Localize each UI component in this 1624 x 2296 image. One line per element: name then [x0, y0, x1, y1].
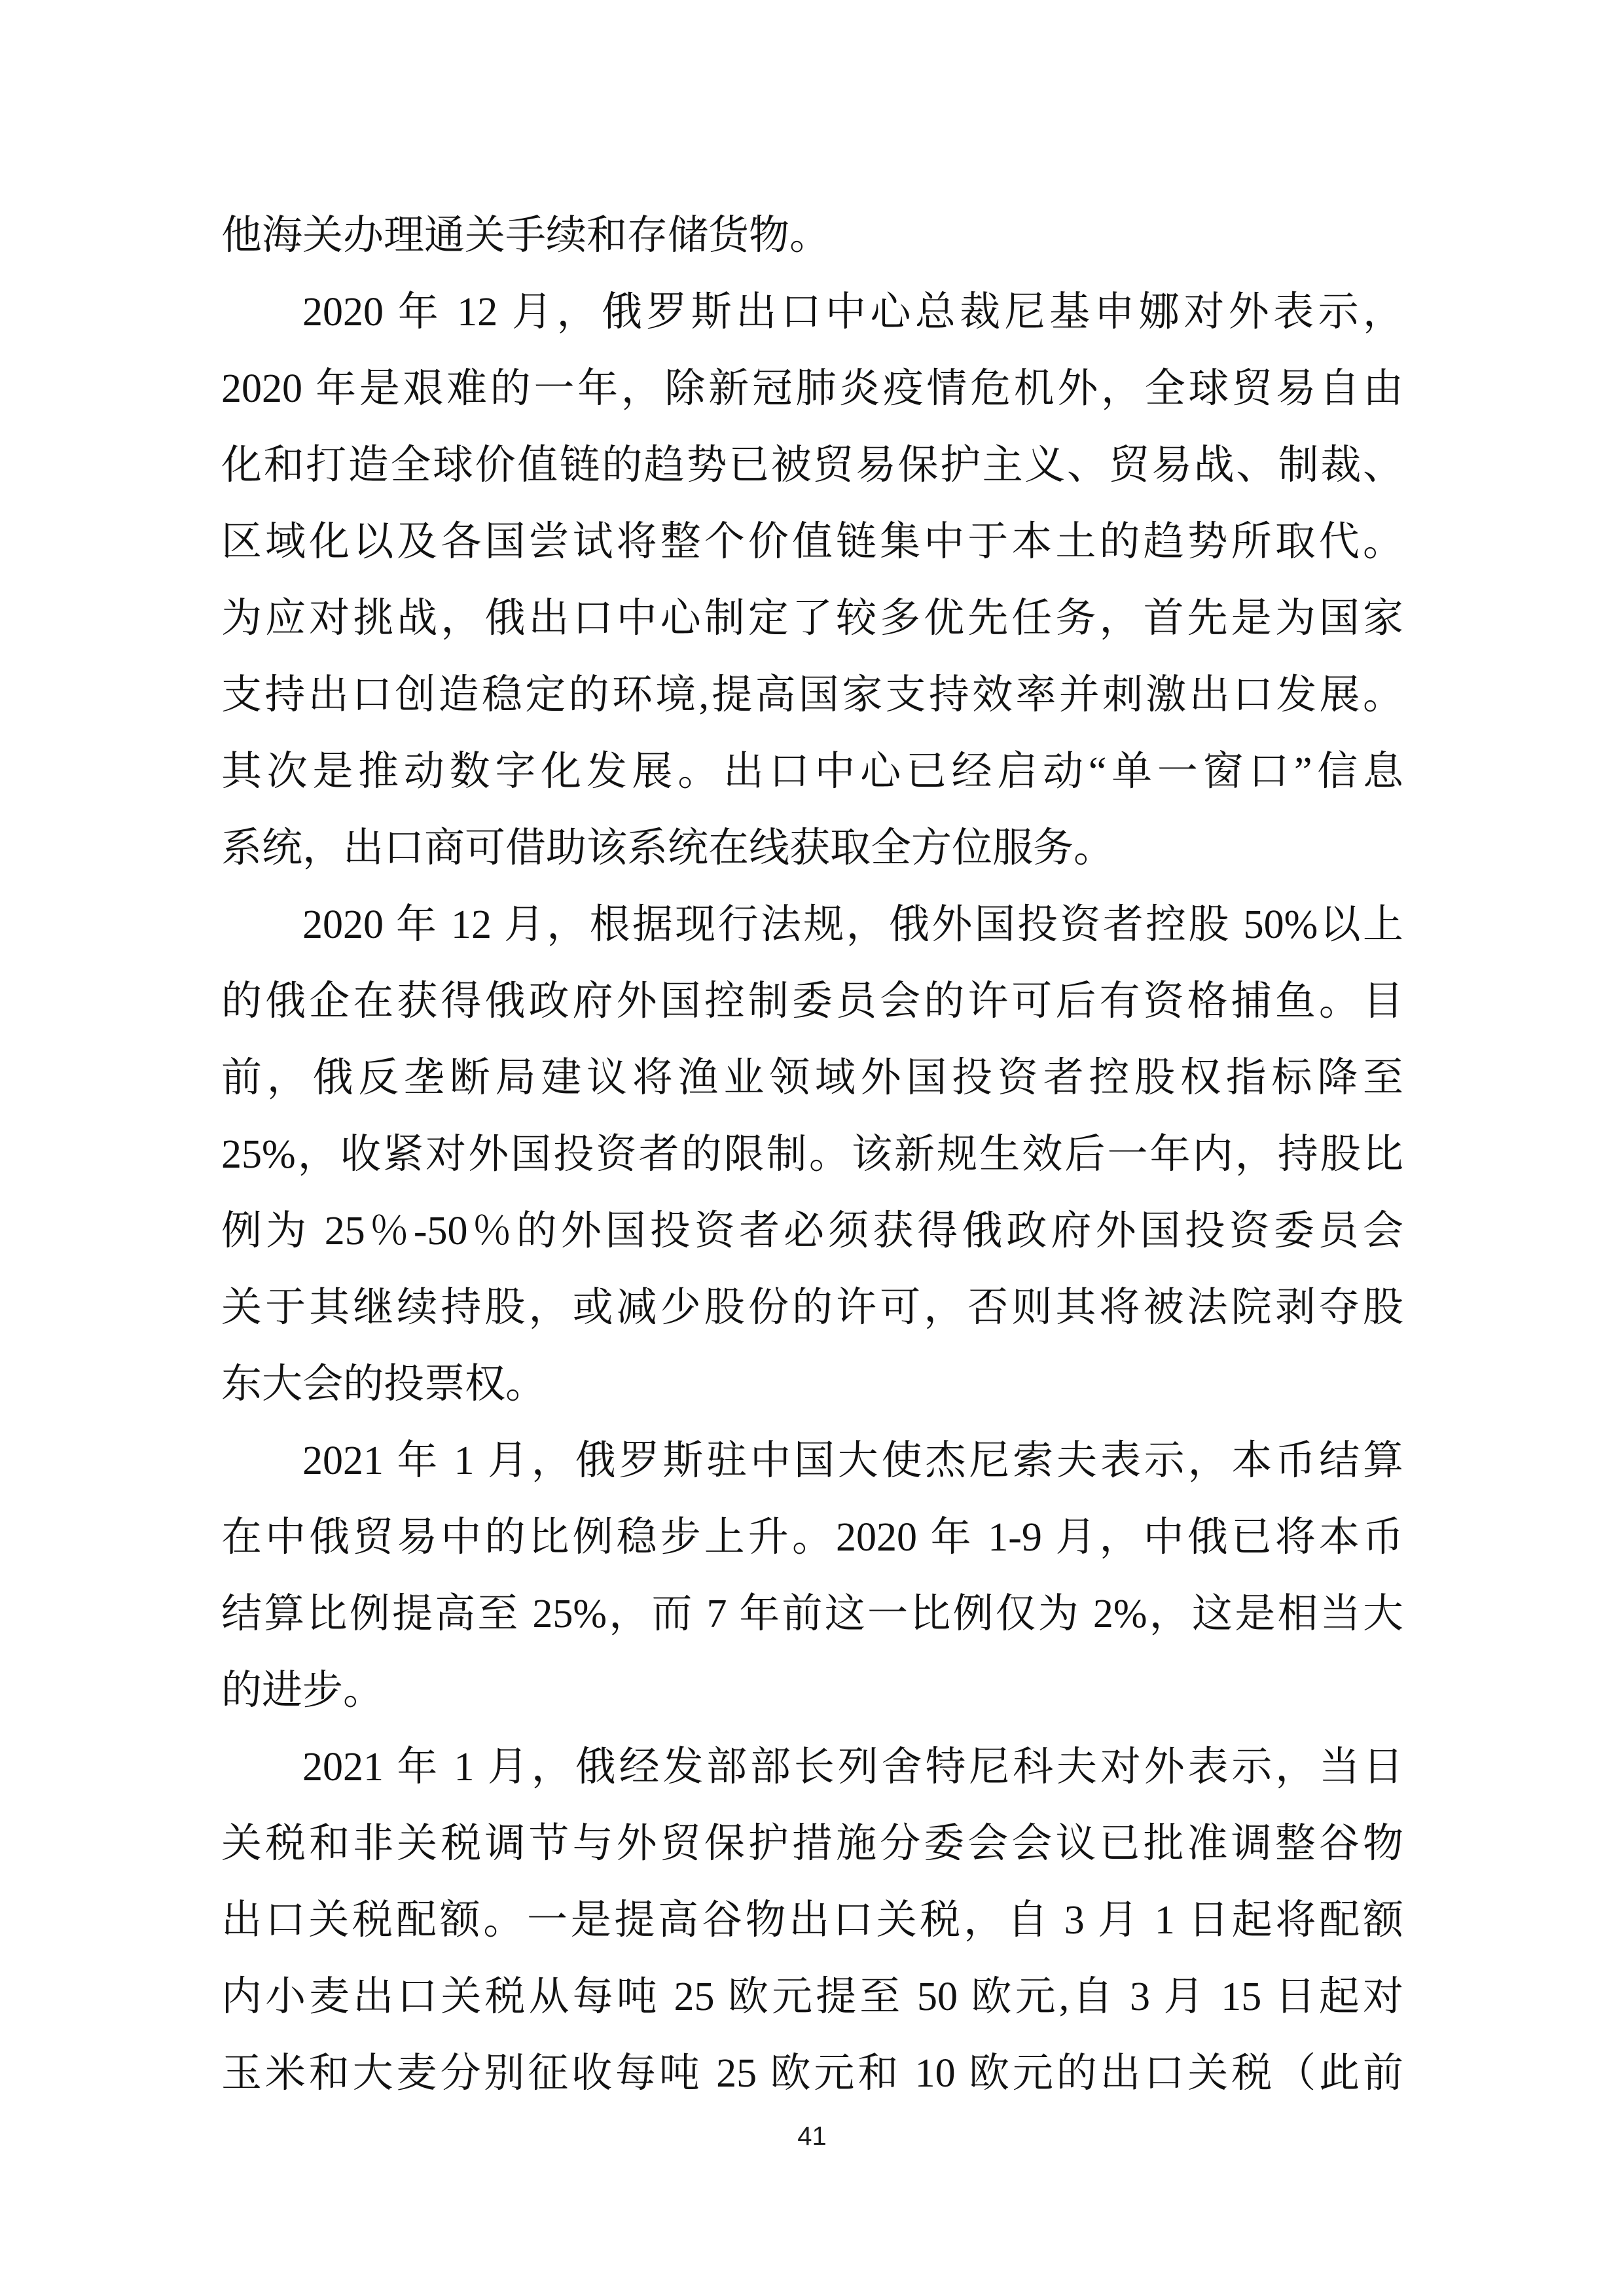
text-line: 关于其继续持股，或减少股份的许可，否则其将被法院剥夺股 — [221, 1270, 1403, 1346]
text-line: 前，俄反垄断局建议将渔业领域外国投资者控股权指标降至 — [221, 1040, 1403, 1117]
text-line: 区域化以及各国尝试将整个价值链集中于本土的趋势所取代。 — [221, 504, 1403, 581]
text-line: 化和打造全球价值链的趋势已被贸易保护主义、贸易战、制裁、 — [221, 427, 1403, 504]
text-line: 的进步。 — [221, 1653, 1403, 1729]
text-line: 2020 年 12 月，根据现行法规，俄外国投资者控股 50%以上 — [221, 887, 1403, 963]
text-line: 为应对挑战，俄出口中心制定了较多优先任务，首先是为国家 — [221, 581, 1403, 657]
text-line: 2021 年 1 月，俄罗斯驻中国大使杰尼索夫表示，本币结算 — [221, 1423, 1403, 1499]
text-line: 关税和非关税调节与外贸保护措施分委会会议已批准调整谷物 — [221, 1806, 1403, 1882]
text-line: 2021 年 1 月，俄经发部部长列舍特尼科夫对外表示，当日 — [221, 1729, 1403, 1806]
text-line: 东大会的投票权。 — [221, 1346, 1403, 1423]
text-line: 例为 25％-50％的外国投资者必须获得俄政府外国投资委员会 — [221, 1193, 1403, 1270]
text-line: 系统，出口商可借助该系统在线获取全方位服务。 — [221, 810, 1403, 887]
text-line: 2020 年 12 月，俄罗斯出口中心总裁尼基申娜对外表示， — [221, 274, 1403, 351]
text-line: 25%，收紧对外国投资者的限制。该新规生效后一年内，持股比 — [221, 1117, 1403, 1193]
text-line: 玉米和大麦分别征收每吨 25 欧元和 10 欧元的出口关税（此前 — [221, 2036, 1403, 2112]
text-line: 他海关办理通关手续和存储货物。 — [221, 198, 1403, 274]
text-line: 支持出口创造稳定的环境,提高国家支持效率并刺激出口发展。 — [221, 657, 1403, 734]
page-footer: 41 — [0, 2122, 1624, 2151]
text-line: 出口关税配额。一是提高谷物出口关税，自 3 月 1 日起将配额 — [221, 1882, 1403, 1959]
text-line: 其次是推动数字化发展。出口中心已经启动“单一窗口”信息 — [221, 734, 1403, 810]
text-line: 的俄企在获得俄政府外国控制委员会的许可后有资格捕鱼。目 — [221, 963, 1403, 1040]
document-page: { "document": { "page_number": "41", "pa… — [0, 0, 1624, 2296]
text-line: 内小麦出口关税从每吨 25 欧元提至 50 欧元,自 3 月 15 日起对 — [221, 1959, 1403, 2036]
body-text: 他海关办理通关手续和存储货物。 2020 年 12 月，俄罗斯出口中心总裁尼基申… — [221, 198, 1403, 2112]
page-number: 41 — [797, 2122, 827, 2151]
text-line: 2020 年是艰难的一年，除新冠肺炎疫情危机外，全球贸易自由 — [221, 351, 1403, 427]
text-line: 在中俄贸易中的比例稳步上升。2020 年 1-9 月，中俄已将本币 — [221, 1499, 1403, 1576]
text-line: 结算比例提高至 25%，而 7 年前这一比例仅为 2%，这是相当大 — [221, 1576, 1403, 1653]
